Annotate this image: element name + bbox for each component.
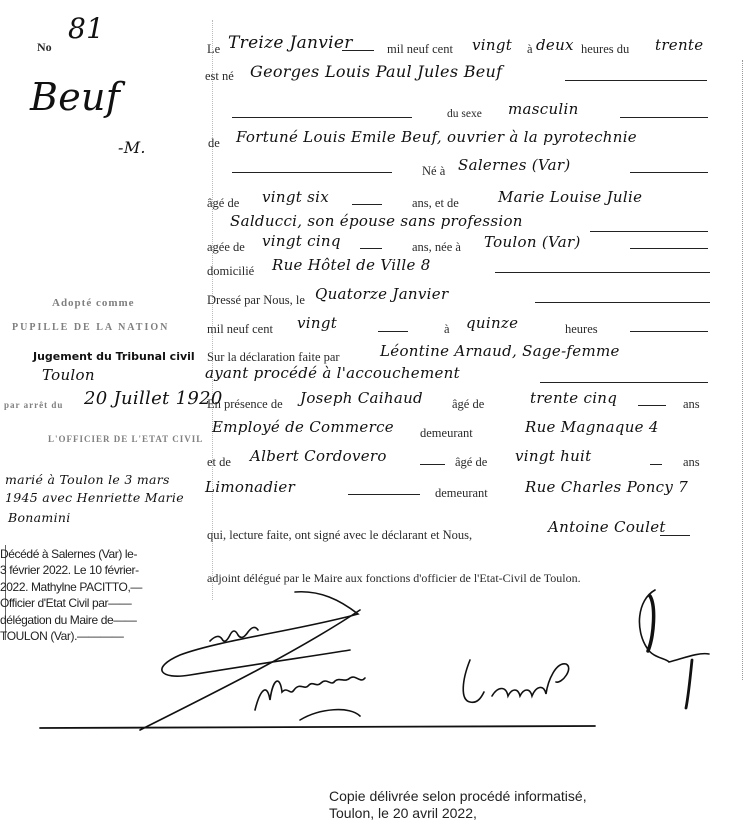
signatures-scribble (0, 0, 750, 826)
footer-copy-line: Copie délivrée selon procédé informatisé… (329, 788, 587, 805)
footer-place-date: Toulon, le 20 avril 2022, (329, 805, 477, 822)
